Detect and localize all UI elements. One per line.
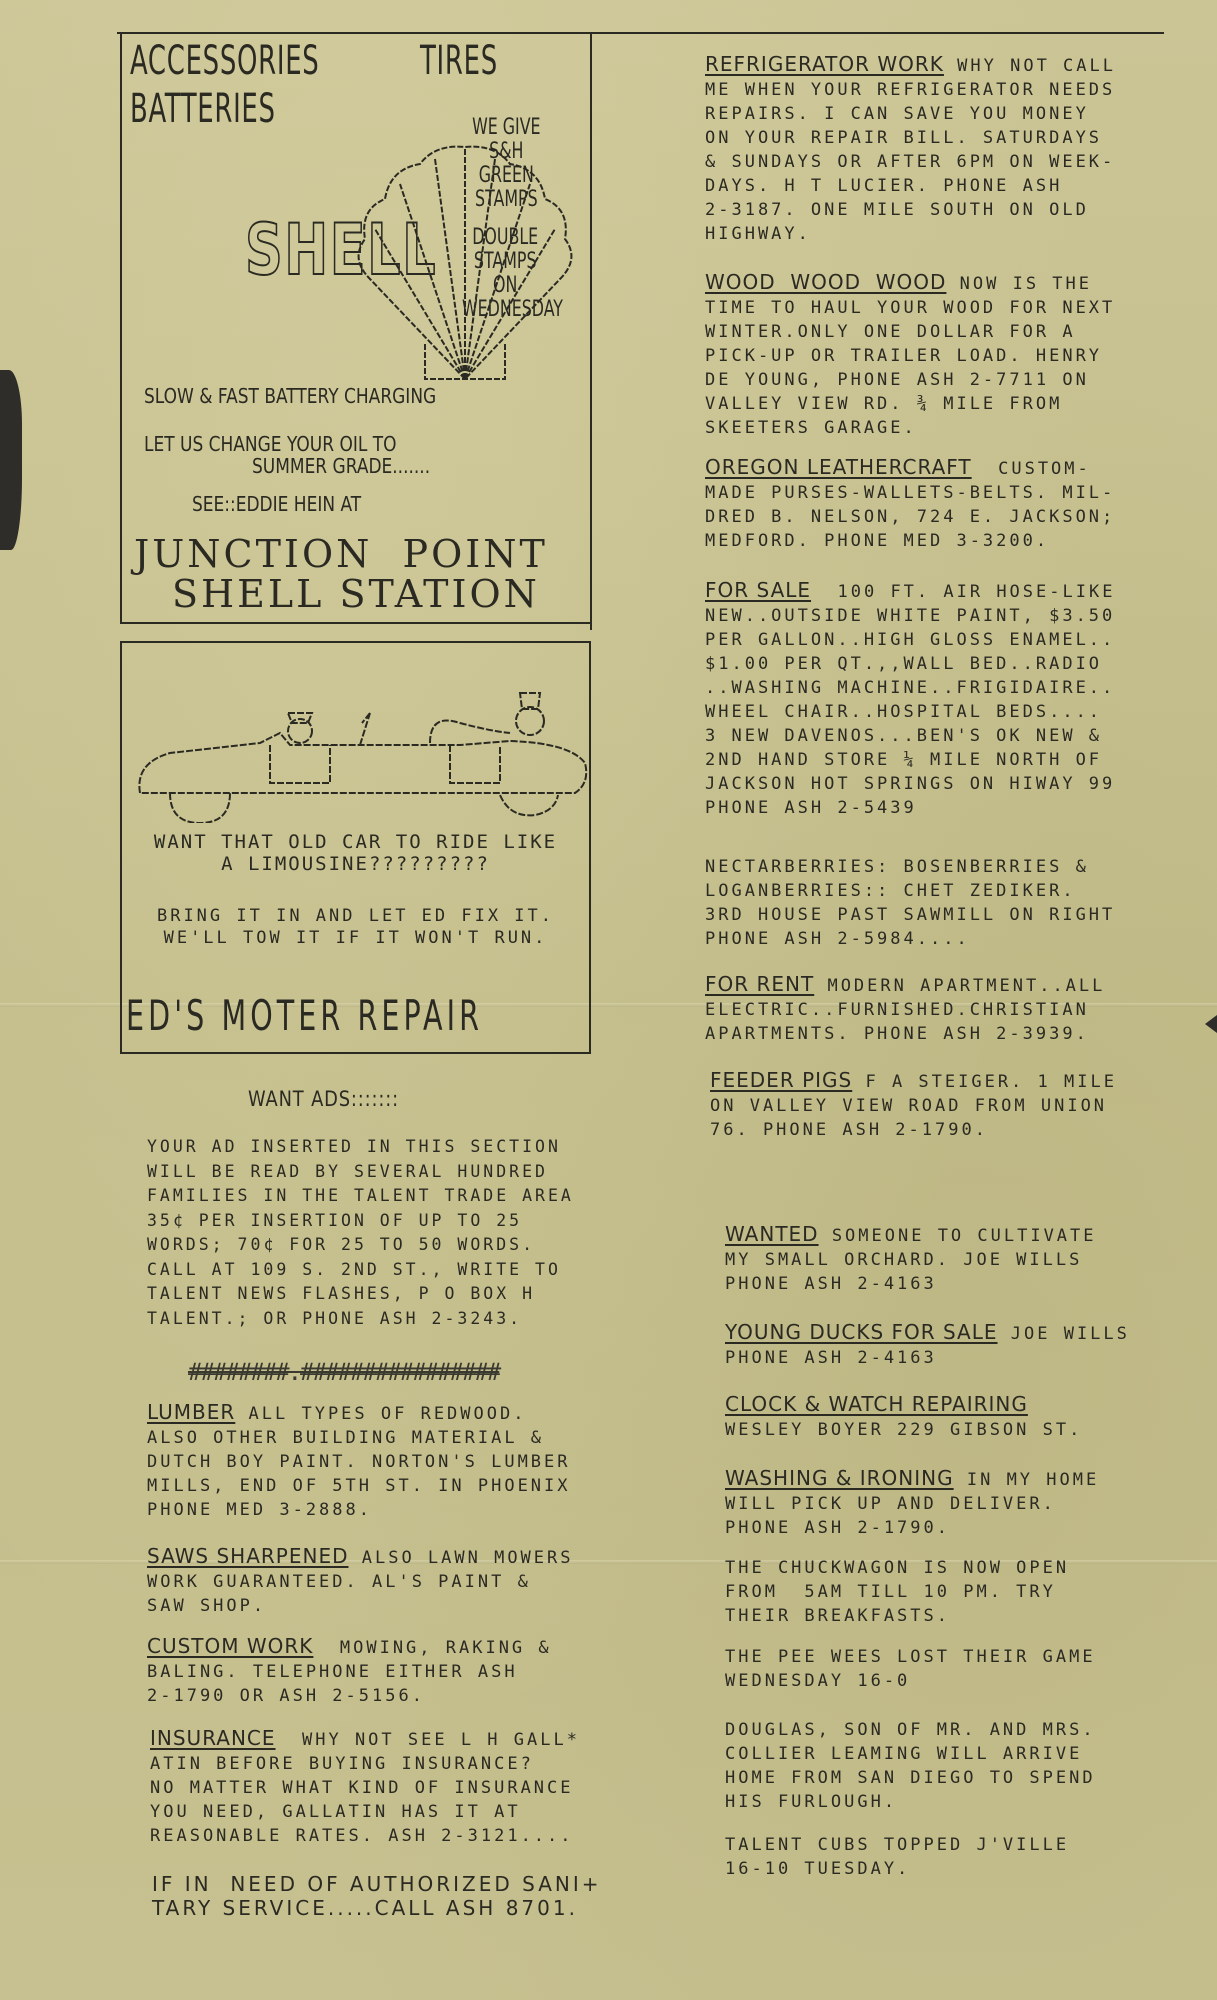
ad-heading: REFRIGERATOR WORK — [705, 52, 944, 76]
limousine-cartoon-icon — [130, 683, 590, 823]
shell-box-right-border — [590, 32, 592, 630]
news-pee-wees: THE PEE WEES LOST THEIR GAME WEDNESDAY 1… — [725, 1645, 1096, 1693]
ad-insurance: INSURANCE WHY NOT SEE L H GALL* ATIN BEF… — [150, 1726, 580, 1848]
ad-lumber: LUMBER ALL TYPES OF REDWOOD. ALSO OTHER … — [147, 1400, 571, 1522]
eds-body-text: BRING IT IN AND LET ED FIX IT. WE'LL TOW… — [122, 905, 589, 949]
ad-body: THE CHUCKWAGON IS NOW OPEN FROM 5AM TILL… — [725, 1558, 1069, 1626]
ad-custom-work: CUSTOM WORK MOWING, RAKING & BALING. TEL… — [147, 1634, 552, 1708]
stamps-line: S&H — [466, 140, 547, 164]
station-name-2: SHELL STATION — [172, 572, 540, 616]
ad-washing-ironing: WASHING & IRONING IN MY HOME WILL PICK U… — [725, 1466, 1099, 1540]
ad-body: THE PEE WEES LOST THEIR GAME WEDNESDAY 1… — [725, 1647, 1096, 1691]
ad-heading: WANTED — [725, 1222, 819, 1246]
ad-wanted: WANTED SOMEONE TO CULTIVATE MY SMALL ORC… — [725, 1222, 1097, 1296]
ad-body: NECTARBERRIES: BOSENBERRIES & LOGANBERRI… — [705, 857, 1115, 949]
ad-body: NOW IS THE TIME TO HAUL YOUR WOOD FOR NE… — [705, 274, 1115, 438]
ad-heading: FEEDER PIGS — [710, 1068, 852, 1092]
ad-heading: CLOCK & WATCH REPAIRING — [725, 1392, 1028, 1416]
want-ads-intro: YOUR AD INSERTED IN THIS SECTION WILL BE… — [147, 1135, 574, 1331]
eds-title: ED'S MOTER REPAIR — [126, 991, 483, 1040]
batteries-label: BATTERIES — [130, 86, 276, 132]
stamps-line: DOUBLE — [462, 226, 548, 250]
ad-refrigerator-work: REFRIGERATOR WORK WHY NOT CALL ME WHEN Y… — [705, 52, 1116, 246]
ad-berries: NECTARBERRIES: BOSENBERRIES & LOGANBERRI… — [705, 855, 1115, 951]
ad-body: WHY NOT CALL ME WHEN YOUR REFRIGERATOR N… — [705, 56, 1116, 244]
ad-oregon-leathercraft: OREGON LEATHERCRAFT CUSTOM- MADE PURSES-… — [705, 455, 1115, 553]
ad-heading: WOOD WOOD WOOD — [705, 270, 946, 294]
ad-wood: WOOD WOOD WOOD NOW IS THE TIME TO HAUL Y… — [705, 270, 1115, 440]
tires-label: TIRES — [420, 38, 498, 84]
ad-young-ducks: YOUNG DUCKS FOR SALE JOE WILLS PHONE ASH… — [725, 1320, 1130, 1370]
ad-heading: LUMBER — [147, 1400, 235, 1424]
ad-body: DOUGLAS, SON OF MR. AND MRS. COLLIER LEA… — [725, 1720, 1096, 1812]
battery-charging-text: SLOW & FAST BATTERY CHARGING — [144, 384, 436, 408]
ad-heading: SAWS SHARPENED — [147, 1544, 349, 1568]
stamps-line: GREEN — [466, 164, 547, 188]
ad-body: WESLEY BOYER 229 GIBSON ST. — [725, 1420, 1082, 1440]
ad-for-rent: FOR RENT MODERN APARTMENT..ALL ELECTRIC.… — [705, 972, 1105, 1046]
ad-feeder-pigs: FEEDER PIGS F A STEIGER. 1 MILE ON VALLE… — [710, 1068, 1117, 1142]
ad-heading: INSURANCE — [150, 1726, 276, 1750]
want-ads-heading: WANT ADS::::::: — [248, 1087, 399, 1111]
ad-heading: OREGON LEATHERCRAFT — [705, 455, 972, 479]
ad-body: TALENT CUBS TOPPED J'VILLE 16-10 TUESDAY… — [725, 1835, 1069, 1879]
ad-body: IF IN NEED OF AUTHORIZED SANI+ TARY SERV… — [152, 1872, 602, 1920]
green-stamps-note: WE GIVE S&H GREEN STAMPS — [466, 116, 547, 212]
stamps-line: WE GIVE — [466, 116, 547, 140]
news-talent-cubs: TALENT CUBS TOPPED J'VILLE 16-10 TUESDAY… — [725, 1833, 1069, 1881]
ad-heading: FOR RENT — [705, 972, 814, 996]
stamps-line: WEDNESDAY — [462, 298, 548, 322]
news-chuckwagon: THE CHUCKWAGON IS NOW OPEN FROM 5AM TILL… — [725, 1556, 1069, 1628]
ad-heading: FOR SALE — [705, 578, 811, 602]
ad-body: 100 FT. AIR HOSE-LIKE NEW..OUTSIDE WHITE… — [705, 582, 1115, 818]
torn-edge — [0, 370, 22, 550]
double-stamps-note: DOUBLE STAMPS ON WEDNESDAY — [462, 226, 548, 322]
news-douglas-leaming: DOUGLAS, SON OF MR. AND MRS. COLLIER LEA… — [725, 1718, 1096, 1814]
ad-heading: WASHING & IRONING — [725, 1466, 954, 1490]
ad-heading: YOUNG DUCKS FOR SALE — [725, 1320, 998, 1344]
ad-for-sale: FOR SALE 100 FT. AIR HOSE-LIKE NEW..OUTS… — [705, 578, 1115, 820]
station-name-1: JUNCTION POINT — [134, 532, 548, 576]
shell-station-ad: ACCESSORIES TIRES BATTERIES SHELL WE GIV… — [120, 34, 590, 624]
ad-heading: CUSTOM WORK — [147, 1634, 313, 1658]
ad-saws-sharpened: SAWS SHARPENED ALSO LAWN MOWERS WORK GUA… — [147, 1544, 574, 1618]
torn-edge-right — [1205, 1015, 1217, 1033]
stamps-line: ON — [462, 274, 548, 298]
ad-sanitary-service: IF IN NEED OF AUTHORIZED SANI+ TARY SERV… — [152, 1872, 602, 1920]
limousine-headline: WANT THAT OLD CAR TO RIDE LIKE A LIMOUSI… — [122, 831, 589, 875]
oil-change-text-2: SUMMER GRADE....... — [252, 454, 430, 478]
eds-moter-repair-ad: WANT THAT OLD CAR TO RIDE LIKE A LIMOUSI… — [120, 641, 591, 1054]
accessories-label: ACCESSORIES — [130, 38, 319, 84]
shell-logo-text: SHELL — [245, 209, 437, 291]
see-eddie-text: SEE::EDDIE HEIN AT — [192, 492, 361, 516]
ad-clock-watch-repairing: CLOCK & WATCH REPAIRING WESLEY BOYER 229… — [725, 1392, 1082, 1442]
section-divider: ########.################ — [188, 1358, 499, 1386]
stamps-line: STAMPS — [466, 188, 547, 212]
oil-change-text-1: LET US CHANGE YOUR OIL TO — [144, 432, 396, 456]
stamps-line: STAMPS — [462, 250, 548, 274]
